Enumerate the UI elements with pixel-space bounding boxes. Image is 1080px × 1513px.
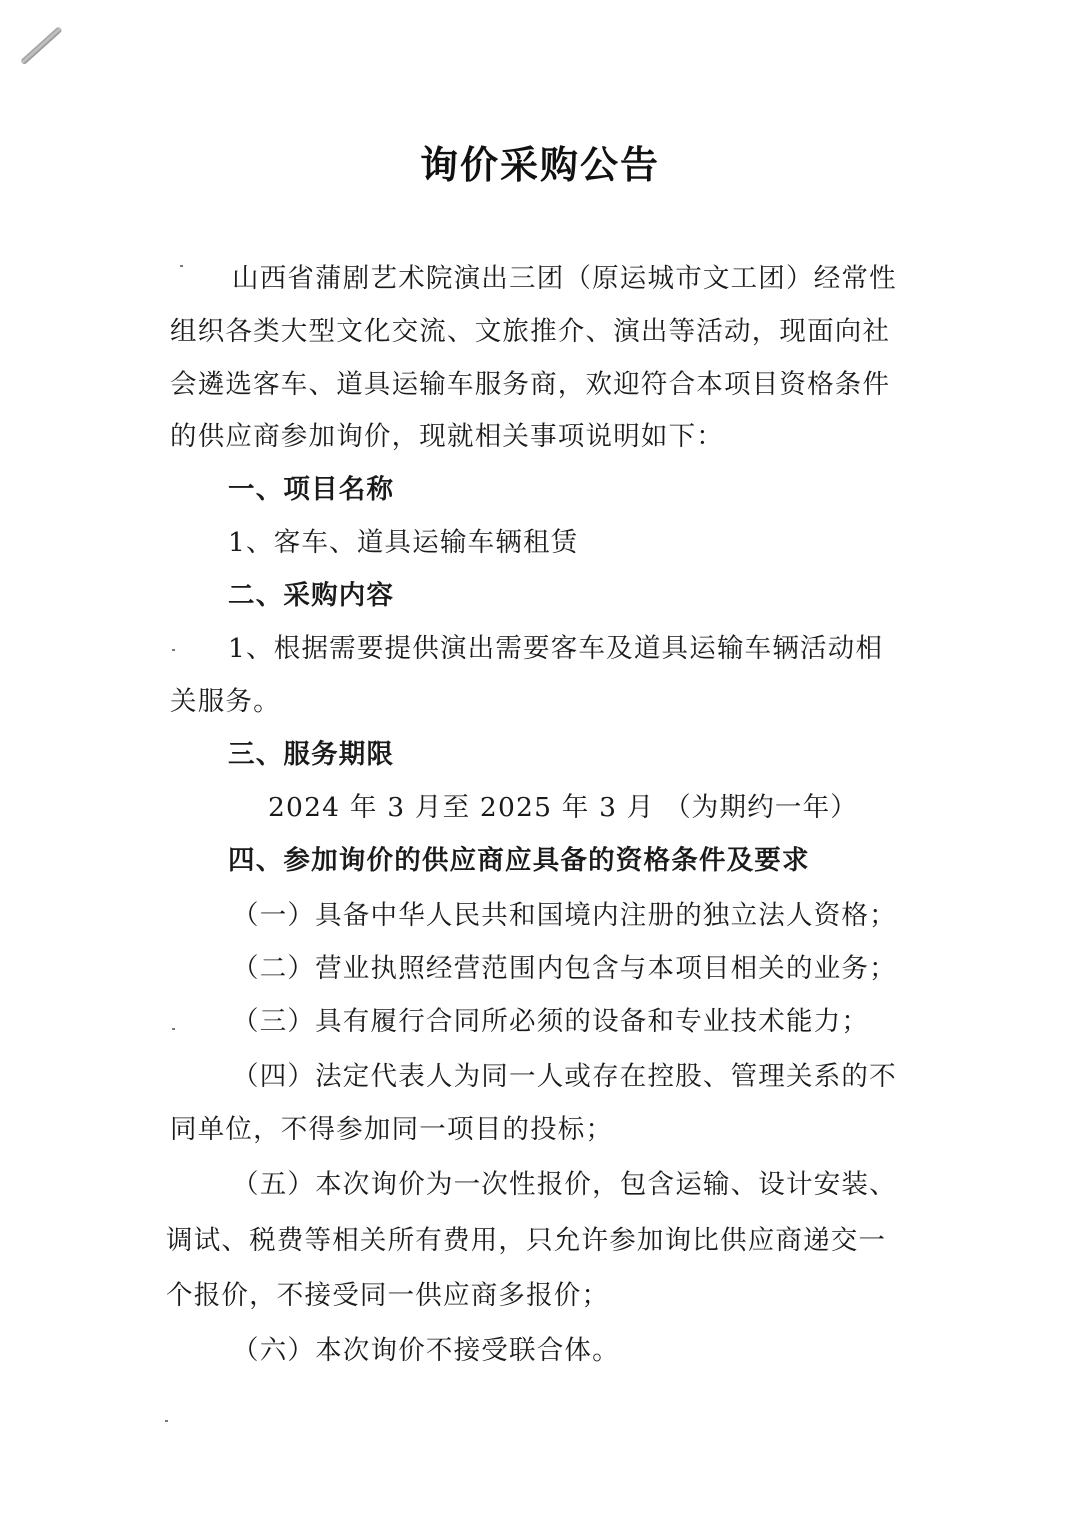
intro-line-3: 会遴选客车、道具运输车服务商，欢迎符合本项目资格条件 [170,362,890,401]
scan-speck [165,1420,168,1422]
qualification-line-4: （四）法定代表人为同一人或存在控股、管理关系的不 [232,1054,897,1093]
document-page: 询价采购公告 山西省蒲剧艺术院演出三团（原运城市文工团）经常性 组织各类大型文化… [0,0,1080,1513]
intro-line-1: 山西省蒲剧艺术院演出三团（原运城市文工团）经常性 [232,256,897,295]
document-title: 询价采购公告 [0,134,1080,189]
section-1-line-1: 1、客车、道具运输车辆租赁 [228,520,578,559]
service-period-text: 2024 年 3 月至 2025 年 3 月 （为期约一年） [268,785,858,824]
section-2-line-2: 关服务。 [170,679,281,718]
section-heading-procurement-content: 二、采购内容 [228,573,394,612]
intro-line-2: 组织各类大型文化交流、文旅推介、演出等活动，现面向社 [170,309,890,348]
qualification-line-3: （三）具有履行合同所必须的设备和专业技术能力； [232,999,869,1038]
scan-speck [180,265,183,267]
qualification-line-6: （五）本次询价为一次性报价，包含运输、设计安装、 [232,1162,897,1201]
section-2-line-1: 1、根据需要提供演出需要客车及道具运输车辆活动相 [228,626,883,665]
qualification-line-8: 个报价，不接受同一供应商多报价； [166,1273,609,1312]
qualification-line-9: （六）本次询价不接受联合体。 [232,1328,620,1367]
section-heading-project-name: 一、项目名称 [228,467,394,506]
section-heading-qualifications: 四、参加询价的供应商应具备的资格条件及要求 [228,838,810,877]
scan-artifact-pen-mark [20,26,63,65]
qualification-line-5: 同单位，不得参加同一项目的投标； [170,1107,613,1146]
qualification-line-7: 调试、税费等相关所有费用，只允许参加询比供应商递交一 [166,1218,886,1257]
scan-speck [172,1028,175,1030]
intro-line-4: 的供应商参加询价，现就相关事项说明如下： [170,414,724,453]
scan-speck [172,649,175,651]
section-heading-service-period: 三、服务期限 [228,732,394,771]
qualification-line-2: （二）营业执照经营范围内包含与本项目相关的业务； [232,946,897,985]
qualification-line-1: （一）具备中华人民共和国境内注册的独立法人资格； [232,893,897,932]
